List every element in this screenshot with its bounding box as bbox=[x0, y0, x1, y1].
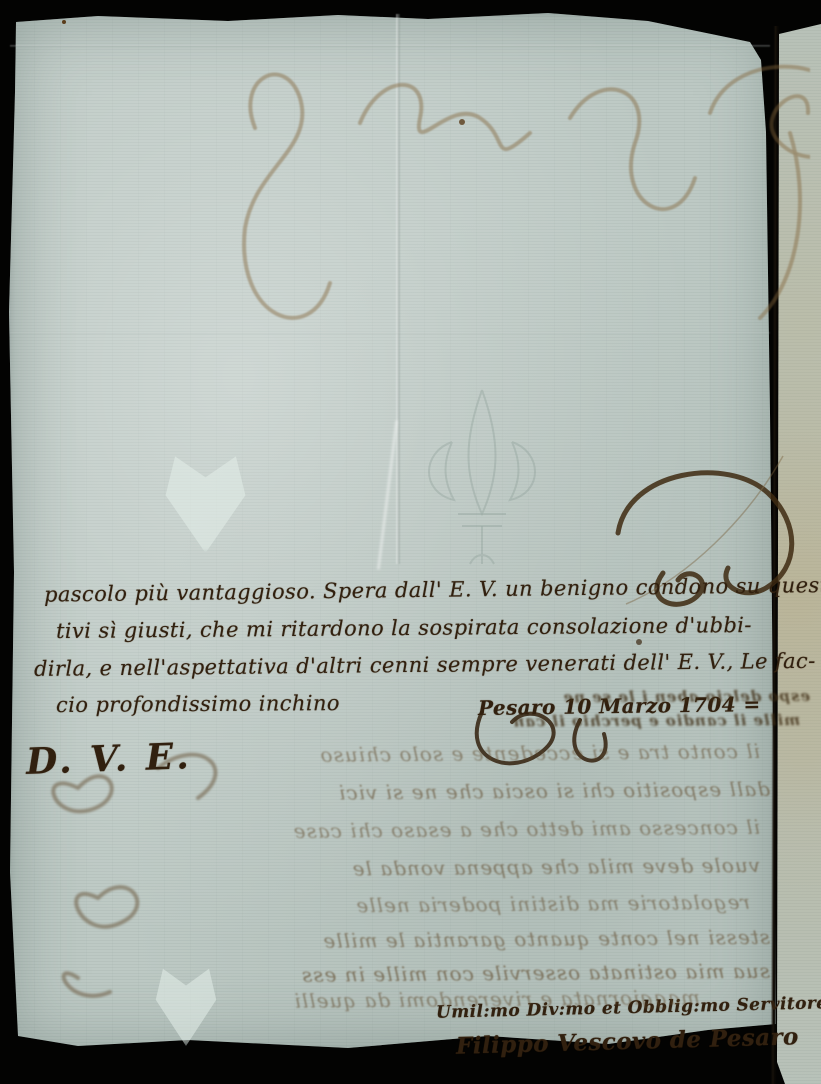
bleedthrough-smudge: espo delcio aben i le se ne bbox=[440, 687, 810, 707]
bleedthrough-smudge: mille il candio e perchio il can bbox=[440, 711, 800, 731]
scanned-manuscript: pascolo più vantaggioso. Spera dall' E. … bbox=[0, 0, 821, 1084]
fleur-de-lis-watermark-icon bbox=[392, 382, 572, 572]
letter-body-line-4: cio profondissimo inchino bbox=[56, 691, 340, 717]
ink-flourish-showthrough bbox=[150, 18, 810, 388]
ink-speck bbox=[62, 20, 66, 24]
